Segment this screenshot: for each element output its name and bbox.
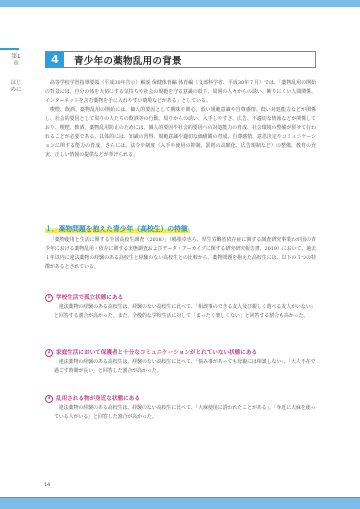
subsection-intro-paragraph: 「薬物使用と生活に関する全国高校生調査（2018）」（嶋根卓也ら、厚生労働省依存…: [45, 236, 316, 272]
feature-heading-1: 1 学校生活で孤立状態にある: [45, 294, 315, 302]
circled-number-icon: 1: [45, 294, 53, 302]
feature-title: 学校生活で孤立状態にある: [56, 294, 123, 302]
circled-number-icon: 3: [45, 395, 53, 403]
intro-text: 高等学校学習指導要領（平成30年告示）解説 保健体育編 体育編（文部科学省、平成…: [45, 79, 316, 160]
feature-body-1: 違法薬物の経験のある高校生は、経験のない高校生に比べて、「相談事のできる友人及び…: [54, 303, 316, 321]
chapter-label: 第1章: [10, 54, 22, 68]
subsection-title: １．薬物問題を抱えた青少年（高校生）の特徴: [45, 225, 190, 233]
section-heading: 4 青少年の薬物乱用の背景: [45, 51, 316, 68]
feature-heading-3: 3 乱用される物が身近な状態にある: [45, 395, 315, 403]
subsection-intro: 「薬物使用と生活に関する全国高校生調査（2018）」（嶋根卓也ら、厚生労働省依存…: [45, 236, 316, 272]
intro-paragraph: 高等学校学習指導要領（平成30年告示）解説 保健体育編 体育編（文部科学省、平成…: [45, 79, 316, 106]
feature-body-3: 違法薬物の経験のある高校生は、経験のない高校生に比べて、「大麻使用に誘われたこと…: [54, 404, 316, 422]
heading-title: 青少年の薬物乱用の背景: [64, 52, 182, 67]
chapter-tab-marker: [0, 48, 19, 50]
section-label: はじめに: [10, 80, 22, 94]
subsection-heading: １．薬物問題を抱えた青少年（高校生）の特徴: [45, 225, 245, 233]
heading-number: 4: [46, 52, 64, 67]
intro-paragraph: 喫煙、飲酒、薬物乱用の開始には、個人的要因として興味や関心、低い規範意識や自尊感…: [45, 106, 316, 160]
feature-paragraph: 違法薬物の経験のある高校生は、経験のない高校生に比べて、「相談事のできる友人及び…: [54, 303, 316, 321]
top-color-band: [0, 0, 360, 7]
chapter-side-label: 第1章 はじめに: [10, 54, 22, 94]
circled-number-icon: 2: [45, 349, 53, 357]
feature-title: 乱用される物が身近な状態にある: [56, 395, 140, 403]
feature-body-2: 違法薬物の経験のある高校生は、経験のない高校生に比べて、「悩み事があっても母親に…: [54, 358, 316, 376]
feature-title: 家庭生活において保護者と十分なコミュニケーションがとれていない状態にある: [56, 349, 257, 357]
bottom-color-band: [0, 497, 360, 509]
feature-heading-2: 2 家庭生活において保護者と十分なコミュニケーションがとれていない状態にある: [45, 349, 315, 357]
feature-paragraph: 違法薬物の経験のある高校生は、経験のない高校生に比べて、「大麻使用に誘われたこと…: [54, 404, 316, 422]
page-number: 14: [44, 482, 50, 488]
feature-paragraph: 違法薬物の経験のある高校生は、経験のない高校生に比べて、「悩み事があっても母親に…: [54, 358, 316, 376]
